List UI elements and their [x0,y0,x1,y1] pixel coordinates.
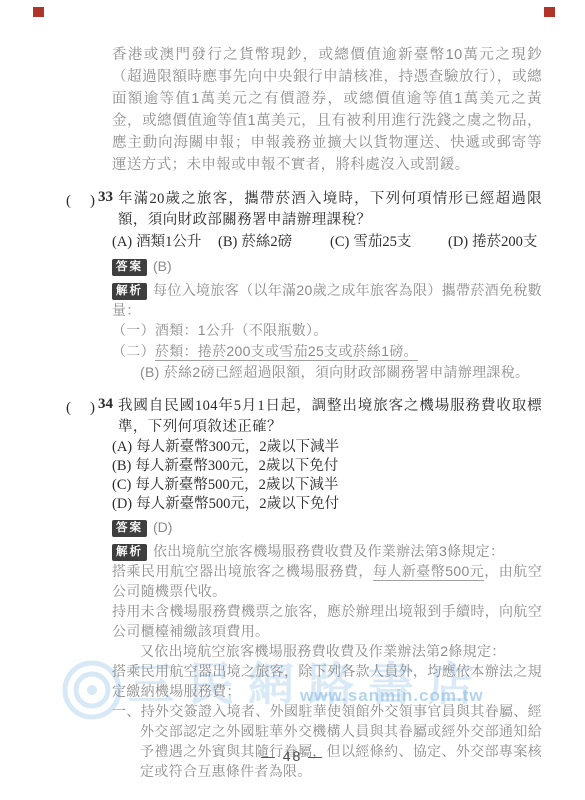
analysis-badge: 解析 [112,283,147,300]
item-prefix: 一、 [112,703,141,719]
analysis-text: 搭乘民用航空器出境旅客之機場服務費， [112,563,373,579]
answer-badge: 答案 [112,259,147,276]
option-text: 酒類1公升 [136,234,201,250]
analysis-text: 依出境航空旅客機場服務費收費及作業辦法第3條規定： [153,543,504,559]
item-prefix: （二） [112,343,155,359]
question-number: 34 [98,396,118,438]
red-corner-mark-right [544,7,555,17]
page-content: 香港或澳門發行之貨幣現鈔，或總價值逾新臺幣10萬元之現鈔（超過限額時應事先向中央… [0,0,585,781]
answer-blank-marker: ( ) [66,396,98,438]
option-a: (A)每人新臺幣300元，2歲以下減半 [112,438,542,457]
answer-blank-marker: ( ) [66,189,98,231]
option-label: (B) [218,234,237,250]
option-label: (B) [112,458,131,474]
option-text: 每人新臺幣300元，2歲以下減半 [136,439,339,455]
question-stem: 年滿20歲之旅客，攜帶菸酒入境時，下列何項情形已經超過限額，須向財政部關務署申請… [118,189,542,231]
answer-value: (D) [153,519,172,535]
question-34-head: ( ) 34 我國自民國104年5月1日起，調整出境旅客之機場服務費收取標準，下… [0,396,585,438]
option-d: (D)每人新臺幣500元，2歲以下免付 [112,495,542,514]
option-label: (C) [330,234,349,250]
option-text: 雪茄25支 [353,234,411,250]
answer-badge: 答案 [112,520,147,537]
options-column: (A)每人新臺幣300元，2歲以下減半 (B)每人新臺幣300元，2歲以下免付 … [112,438,542,514]
analysis-note: (B) 菸絲2磅已經超過限額，須向財政部關務署申請辦理課稅。 [112,362,542,383]
option-text: 每人新臺幣500元，2歲以下免付 [136,496,339,512]
analysis-block: 解析每位入境旅客（以年滿20歲之成年旅客為限）攜帶菸酒免稅數量： （一）酒類：1… [112,280,542,383]
analysis-continuation-paragraph: 香港或澳門發行之貨幣現鈔，或總價值逾新臺幣10萬元之現鈔（超過限額時應事先向中央… [112,44,542,176]
item-text: 酒類：1公升（不限瓶數）。 [155,322,328,338]
analysis-text: 每位入境旅客（以年滿20歲之成年旅客為限）攜帶菸酒免稅數量： [112,282,542,318]
question-number: 33 [98,189,118,231]
option-text: 菸絲2磅 [241,234,292,250]
option-label: (D) [448,234,468,250]
option-d: (D)捲菸200支 [448,232,537,253]
analysis-block: 解析依出境航空旅客機場服務費收費及作業辦法第3條規定： 搭乘民用航空器出境旅客之… [112,541,542,781]
question-33: ( ) 33 年滿20歲之旅客，攜帶菸酒入境時，下列何項情形已經超過限額，須向財… [0,189,585,383]
page-number: — 48 — [0,748,585,764]
analysis-intro: 解析每位入境旅客（以年滿20歲之成年旅客為限）攜帶菸酒免稅數量： [112,280,542,320]
answer-line: 答案(D) [112,517,542,539]
question-34: ( ) 34 我國自民國104年5月1日起，調整出境旅客之機場服務費收取標準，下… [0,396,585,781]
option-a: (A)酒類1公升 [112,232,218,253]
answer-value: (B) [153,258,172,274]
option-label: (A) [112,439,132,455]
option-b: (B)每人新臺幣300元，2歲以下免付 [112,457,542,476]
option-text: 每人新臺幣500元，2歲以下減半 [135,477,338,493]
analysis-p3: 持用未含機場服務費機票之旅客，應於辦理出境報到手續時，向航空公司櫃檯補繳該項費用… [112,601,542,641]
analysis-text-underlined: 每人新臺幣500元 [373,563,484,581]
option-text: 捲菸200支 [472,234,537,250]
option-label: (A) [112,234,132,250]
analysis-item-1: （一）酒類：1公升（不限瓶數）。 [112,320,542,341]
question-stem: 我國自民國104年5月1日起，調整出境旅客之機場服務費收取標準，下列何項敘述正確… [118,396,542,438]
option-b: (B)菸絲2磅 [218,232,330,253]
options-row: (A)酒類1公升 (B)菸絲2磅 (C)雪茄25支 (D)捲菸200支 [112,232,542,253]
option-text: 每人新臺幣300元，2歲以下免付 [135,458,338,474]
option-label: (D) [112,496,132,512]
analysis-badge: 解析 [112,544,147,561]
item-prefix: （一） [112,322,155,338]
analysis-p5: 搭乘民用航空器出境之旅客，除下列各款人員外，均應依本辦法之規定繳納機場服務費： [112,661,542,701]
answer-line: 答案(B) [112,256,542,278]
analysis-p4: 又依出境航空旅客機場服務費收費及作業辦法第2條規定： [112,641,542,661]
option-label: (C) [112,477,131,493]
item-text-underlined: 菸類：捲菸200支或雪茄25支或菸絲1磅。 [155,343,418,361]
analysis-p1: 解析依出境航空旅客機場服務費收費及作業辦法第3條規定： [112,541,542,561]
option-c: (C)每人新臺幣500元，2歲以下減半 [112,476,542,495]
analysis-item-2: （二）菸類：捲菸200支或雪茄25支或菸絲1磅。 [112,341,542,362]
red-corner-mark-left [33,7,44,17]
item-text: 持外交簽證入境者、外國駐華使領館外交領事官員與其眷屬、經外交部認定之外國駐華外交… [140,703,542,779]
analysis-p2: 搭乘民用航空器出境旅客之機場服務費，每人新臺幣500元，由航空公司隨機票代收。 [112,561,542,601]
book-page: 三民網路書店 www.sanmin.com.tw 香港或澳門發行之貨幣現鈔，或總… [0,0,585,800]
question-33-head: ( ) 33 年滿20歲之旅客，攜帶菸酒入境時，下列何項情形已經超過限額，須向財… [0,189,585,231]
analysis-list-item: 一、持外交簽證入境者、外國駐華使領館外交領事官員與其眷屬、經外交部認定之外國駐華… [112,701,542,781]
option-c: (C)雪茄25支 [330,232,448,253]
